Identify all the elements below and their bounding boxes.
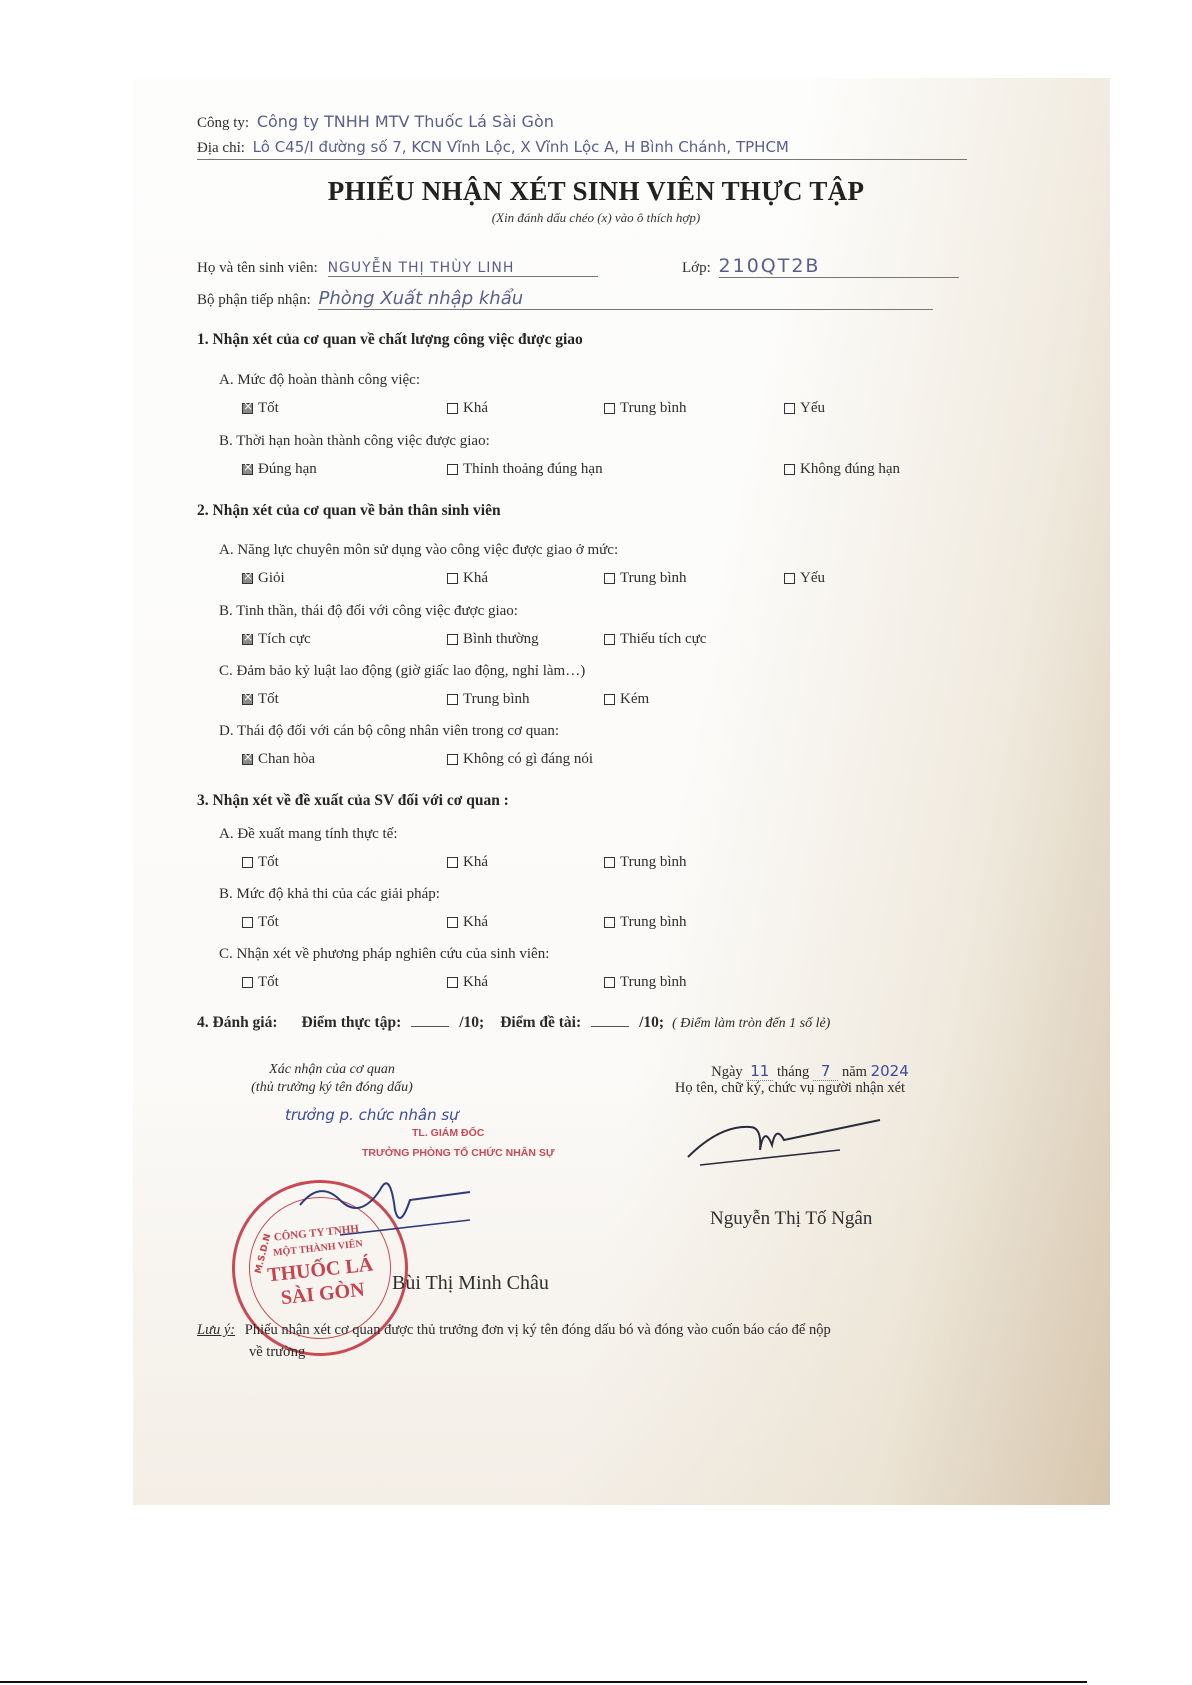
option-checkbox[interactable]: Trung bình bbox=[604, 974, 687, 991]
address-label: Địa chỉ: bbox=[197, 140, 245, 156]
day-label: Ngày bbox=[711, 1064, 742, 1080]
address-row: Địa chỉ: Lô C45/I đường số 7, KCN Vĩnh L… bbox=[197, 138, 967, 160]
topic-score-max: /10; bbox=[639, 1014, 664, 1032]
empty-box-icon[interactable] bbox=[447, 694, 458, 705]
address-value: Lô C45/I đường số 7, KCN Vĩnh Lộc, X Vĩn… bbox=[253, 138, 789, 156]
empty-box-icon[interactable] bbox=[604, 694, 615, 705]
empty-box-icon[interactable] bbox=[784, 403, 795, 414]
option-label: Tốt bbox=[258, 400, 279, 417]
year-value: 2024 bbox=[871, 1062, 909, 1080]
option-label: Chan hòa bbox=[258, 751, 315, 768]
note-row: Lưu ý: Phiếu nhận xét cơ quan được thủ t… bbox=[197, 1322, 831, 1339]
internship-score-field[interactable] bbox=[411, 1026, 449, 1027]
empty-box-icon[interactable] bbox=[784, 464, 795, 475]
month-value: 7 bbox=[813, 1062, 839, 1081]
option-checkbox[interactable]: Tích cực bbox=[242, 631, 311, 648]
reviewer-label: Họ tên, chữ ký, chức vụ người nhận xét bbox=[640, 1080, 940, 1097]
checked-box-icon[interactable] bbox=[242, 573, 253, 584]
question-label: C. Nhận xét về phương pháp nghiên cứu củ… bbox=[219, 946, 549, 963]
option-label: Khá bbox=[463, 974, 488, 991]
empty-box-icon[interactable] bbox=[447, 917, 458, 928]
empty-box-icon[interactable] bbox=[447, 977, 458, 988]
option-checkbox[interactable]: Kém bbox=[604, 691, 649, 708]
department-row: Bộ phận tiếp nhận: Phòng Xuất nhập khẩu bbox=[197, 288, 933, 310]
empty-box-icon[interactable] bbox=[604, 977, 615, 988]
day-value: 11 bbox=[746, 1062, 773, 1081]
evaluation-label: 4. Đánh giá: bbox=[197, 1014, 278, 1032]
option-label: Tích cực bbox=[258, 631, 311, 648]
option-label: Thỉnh thoảng đúng hạn bbox=[463, 461, 603, 478]
option-checkbox[interactable]: Trung bình bbox=[604, 400, 687, 417]
empty-box-icon[interactable] bbox=[447, 573, 458, 584]
question-label: B. Mức độ khả thi của các giải pháp: bbox=[219, 886, 440, 903]
option-label: Trung bình bbox=[620, 570, 687, 587]
option-checkbox[interactable]: Thỉnh thoảng đúng hạn bbox=[447, 461, 603, 478]
department-value: Phòng Xuất nhập khẩu bbox=[318, 288, 933, 310]
topic-score-label: Điểm đề tài: bbox=[500, 1014, 581, 1032]
option-checkbox[interactable]: Khá bbox=[447, 914, 488, 931]
option-label: Trung bình bbox=[620, 914, 687, 931]
option-label: Kém bbox=[620, 691, 649, 708]
topic-score-field[interactable] bbox=[591, 1026, 629, 1027]
question-label: B. Thời hạn hoàn thành công việc được gi… bbox=[219, 433, 490, 450]
option-checkbox[interactable]: Tốt bbox=[242, 914, 279, 931]
empty-box-icon[interactable] bbox=[447, 857, 458, 868]
empty-box-icon[interactable] bbox=[604, 573, 615, 584]
option-checkbox[interactable]: Tốt bbox=[242, 400, 279, 417]
empty-box-icon[interactable] bbox=[242, 857, 253, 868]
option-checkbox[interactable]: Yếu bbox=[784, 570, 825, 587]
question-label: B. Tinh thần, thái độ đối với công việc … bbox=[219, 603, 518, 620]
department-label: Bộ phận tiếp nhận: bbox=[197, 292, 311, 308]
agency-confirm-sublabel: (thủ trưởng ký tên đóng dấu) bbox=[212, 1080, 452, 1096]
option-checkbox[interactable]: Đúng hạn bbox=[242, 461, 317, 478]
option-label: Trung bình bbox=[620, 974, 687, 991]
option-label: Khá bbox=[463, 570, 488, 587]
empty-box-icon[interactable] bbox=[447, 634, 458, 645]
company-label: Công ty: bbox=[197, 115, 249, 131]
option-label: Trung bình bbox=[463, 691, 530, 708]
note-text-2: về trường bbox=[249, 1344, 305, 1361]
empty-box-icon[interactable] bbox=[604, 403, 615, 414]
empty-box-icon[interactable] bbox=[604, 917, 615, 928]
handwritten-position: trưởng p. chức nhân sự bbox=[285, 1106, 459, 1124]
checked-box-icon[interactable] bbox=[242, 464, 253, 475]
empty-box-icon[interactable] bbox=[242, 977, 253, 988]
question-label: A. Đề xuất mang tính thực tế: bbox=[219, 826, 398, 843]
option-checkbox[interactable]: Tốt bbox=[242, 691, 279, 708]
option-checkbox[interactable]: Trung bình bbox=[604, 914, 687, 931]
question-label: C. Đảm bảo kỷ luật lao động (giờ giấc la… bbox=[219, 663, 585, 680]
option-checkbox[interactable]: Trung bình bbox=[447, 691, 530, 708]
option-checkbox[interactable]: Tốt bbox=[242, 974, 279, 991]
month-label: tháng bbox=[777, 1064, 809, 1080]
stamp-title-line2: TRƯỞNG PHÒNG TỔ CHỨC NHÂN SỰ bbox=[362, 1147, 555, 1159]
option-checkbox[interactable]: Trung bình bbox=[604, 854, 687, 871]
class-row: Lớp: 210QT2B bbox=[682, 255, 959, 278]
option-label: Tốt bbox=[258, 914, 279, 931]
checked-box-icon[interactable] bbox=[242, 634, 253, 645]
section-title: 2. Nhận xét của cơ quan về bản thân sinh… bbox=[197, 502, 501, 520]
internship-score-label: Điểm thực tập: bbox=[302, 1014, 402, 1032]
option-checkbox[interactable]: Trung bình bbox=[604, 570, 687, 587]
option-label: Bình thường bbox=[463, 631, 539, 648]
section-title: 1. Nhận xét của cơ quan về chất lượng cô… bbox=[197, 331, 583, 349]
company-row: Công ty: Công ty TNHH MTV Thuốc Lá Sài G… bbox=[197, 112, 554, 132]
page-title: PHIẾU NHẬN XÉT SINH VIÊN THỰC TẬP bbox=[0, 176, 1192, 207]
page-subtitle: (Xin đánh dấu chéo (x) vào ô thích hợp) bbox=[0, 210, 1192, 226]
empty-box-icon[interactable] bbox=[604, 634, 615, 645]
year-label: năm bbox=[842, 1064, 867, 1080]
empty-box-icon[interactable] bbox=[242, 917, 253, 928]
student-name-label: Họ và tên sinh viên: bbox=[197, 260, 318, 276]
option-checkbox[interactable]: Không đúng hạn bbox=[784, 461, 900, 478]
stamp-title-line1: TL. GIÁM ĐỐC bbox=[412, 1127, 484, 1139]
option-checkbox[interactable]: Tốt bbox=[242, 854, 279, 871]
option-checkbox[interactable]: Khá bbox=[447, 400, 488, 417]
agency-confirm-label: Xác nhận của cơ quan bbox=[232, 1062, 432, 1078]
option-checkbox[interactable]: Không có gì đáng nói bbox=[447, 751, 593, 768]
right-signer-name: Nguyễn Thị Tố Ngân bbox=[710, 1208, 872, 1230]
option-label: Khá bbox=[463, 854, 488, 871]
question-label: A. Năng lực chuyên môn sử dụng vào công … bbox=[219, 542, 618, 559]
company-value: Công ty TNHH MTV Thuốc Lá Sài Gòn bbox=[257, 112, 554, 131]
option-label: Trung bình bbox=[620, 854, 687, 871]
note-label: Lưu ý: bbox=[197, 1322, 235, 1338]
empty-box-icon[interactable] bbox=[447, 464, 458, 475]
option-label: Trung bình bbox=[620, 400, 687, 417]
option-checkbox[interactable]: Thiếu tích cực bbox=[604, 631, 706, 648]
option-label: Yếu bbox=[800, 570, 825, 587]
class-label: Lớp: bbox=[682, 260, 711, 276]
internship-score-max: /10; bbox=[459, 1014, 484, 1032]
student-name-row: Họ và tên sinh viên: NGUYỄN THỊ THÙY LIN… bbox=[197, 260, 598, 277]
page-bottom-rule bbox=[0, 1681, 1087, 1683]
date-row: Ngày 11 tháng 7 năm 2024 bbox=[660, 1062, 960, 1081]
option-checkbox[interactable]: Chan hòa bbox=[242, 751, 315, 768]
option-checkbox[interactable]: Khá bbox=[447, 974, 488, 991]
option-label: Không có gì đáng nói bbox=[463, 751, 593, 768]
option-label: Khá bbox=[463, 400, 488, 417]
checked-box-icon[interactable] bbox=[242, 754, 253, 765]
option-label: Khá bbox=[463, 914, 488, 931]
student-name-value: NGUYỄN THỊ THÙY LINH bbox=[328, 260, 598, 277]
left-signature bbox=[280, 1160, 480, 1240]
empty-box-icon[interactable] bbox=[604, 857, 615, 868]
empty-box-icon[interactable] bbox=[784, 573, 795, 584]
option-checkbox[interactable]: Bình thường bbox=[447, 631, 539, 648]
evaluation-row: 4. Đánh giá: Điểm thực tập: /10; Điểm đề… bbox=[197, 1014, 830, 1032]
option-checkbox[interactable]: Khá bbox=[447, 570, 488, 587]
option-label: Không đúng hạn bbox=[800, 461, 900, 478]
section-title: 3. Nhận xét về đề xuất của SV đối với cơ… bbox=[197, 792, 509, 810]
left-signer-name: Bùi Thị Minh Châu bbox=[392, 1272, 549, 1295]
empty-box-icon[interactable] bbox=[447, 754, 458, 765]
empty-box-icon[interactable] bbox=[447, 403, 458, 414]
option-label: Đúng hạn bbox=[258, 461, 317, 478]
checked-box-icon[interactable] bbox=[242, 694, 253, 705]
question-label: D. Thái độ đối với cán bộ công nhân viên… bbox=[219, 723, 559, 740]
option-label: Tốt bbox=[258, 691, 279, 708]
right-signature bbox=[680, 1105, 900, 1175]
checked-box-icon[interactable] bbox=[242, 403, 253, 414]
option-label: Tốt bbox=[258, 974, 279, 991]
question-label: A. Mức độ hoàn thành công việc: bbox=[219, 372, 420, 389]
option-checkbox[interactable]: Giỏi bbox=[242, 570, 285, 587]
option-checkbox[interactable]: Yếu bbox=[784, 400, 825, 417]
option-label: Tốt bbox=[258, 854, 279, 871]
note-text-1: Phiếu nhận xét cơ quan được thủ trưởng đ… bbox=[245, 1322, 831, 1338]
rounding-note: ( Điểm làm tròn đến 1 số lẻ) bbox=[672, 1016, 830, 1032]
option-label: Thiếu tích cực bbox=[620, 631, 706, 648]
option-checkbox[interactable]: Khá bbox=[447, 854, 488, 871]
option-label: Giỏi bbox=[258, 570, 285, 587]
class-value: 210QT2B bbox=[719, 255, 959, 278]
option-label: Yếu bbox=[800, 400, 825, 417]
